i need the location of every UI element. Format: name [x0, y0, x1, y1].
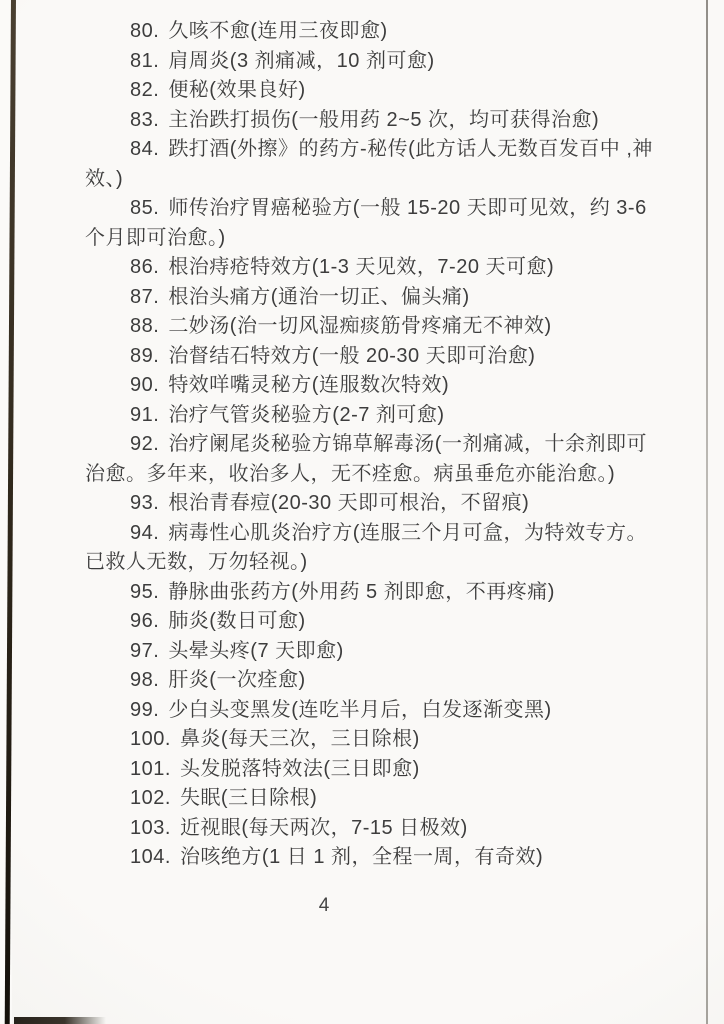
item-number: 89. [130, 345, 159, 367]
list-item: 94.病毒性心肌炎治疗方(连服三个月可盒，为特效专方。已救人无数，万勿轻视。) [85, 519, 660, 578]
list-item: 99.少白头变黑发(连吃半月后，白发逐渐变黑) [85, 696, 660, 726]
list-item: 96.肺炎(数日可愈) [85, 607, 660, 637]
item-text: 少白头变黑发(连吃半月后，白发逐渐变黑) [168, 699, 551, 721]
item-number: 81. [130, 50, 159, 72]
item-number: 86. [130, 256, 159, 278]
list-item: 102.失眠(三日除根) [85, 784, 660, 814]
list-item: 104.治咳绝方(1 日 1 剂，全程一周，有奇效) [85, 843, 660, 873]
list-item: 95.静脉曲张药方(外用药 5 剂即愈，不再疼痛) [85, 578, 660, 608]
item-text: 肝炎(一次痊愈) [168, 669, 305, 691]
list-item: 101.头发脱落特效法(三日即愈) [85, 755, 660, 785]
item-text: 治疗气管炎秘验方(2-7 剂可愈) [168, 404, 444, 426]
list-item: 87.根治头痛方(通治一切正、偏头痛) [85, 283, 660, 313]
list-item: 98.肝炎(一次痊愈) [85, 666, 660, 696]
item-number: 97. [130, 640, 159, 662]
scanned-page: 80.久咳不愈(连用三夜即愈) 81.肩周炎(3 剂痛减，10 剂可愈) 82.… [0, 0, 724, 1024]
scan-right-edge [706, 0, 708, 1024]
item-text: 根治头痛方(通治一切正、偏头痛) [168, 286, 469, 308]
item-text: 头发脱落特效法(三日即愈) [180, 758, 420, 780]
item-text: 治督结石特效方(一般 20-30 天即可治愈) [168, 345, 535, 367]
item-number: 80. [130, 20, 159, 42]
item-text: 根治痔疮特效方(1-3 天见效，7-20 天可愈) [168, 256, 554, 278]
item-text: 特效咩嘴灵秘方(连服数次特效) [168, 374, 449, 396]
list-item: 100.鼻炎(每天三次，三日除根) [85, 725, 660, 755]
page-number: 4 [0, 895, 648, 917]
list-item: 81.肩周炎(3 剂痛减，10 剂可愈) [85, 47, 660, 77]
item-text: 根治青春痘(20-30 天即可根治，不留痕) [168, 492, 529, 514]
list-item: 82.便秘(效果良好) [85, 76, 660, 106]
item-number: 99. [130, 699, 159, 721]
item-number: 94. [130, 522, 159, 544]
list-item: 93.根治青春痘(20-30 天即可根治，不留痕) [85, 489, 660, 519]
page-bottom-edge [14, 1017, 106, 1024]
item-number: 95. [130, 581, 159, 603]
list-item: 90.特效咩嘴灵秘方(连服数次特效) [85, 371, 660, 401]
list-item: 85.师传治疗胃癌秘验方(一般 15-20 天即可见效，约 3-6 个月即可治愈… [85, 194, 660, 253]
item-number: 83. [130, 109, 159, 131]
item-number: 101. [130, 758, 171, 780]
item-number: 88. [130, 315, 159, 337]
list-item: 103.近视眼(每天两次，7-15 日极效) [85, 814, 660, 844]
item-number: 87. [130, 286, 159, 308]
item-text: 师传治疗胃癌秘验方(一般 15-20 天即可见效，约 3-6 个月即可治愈。) [85, 197, 647, 249]
list-item: 89.治督结石特效方(一般 20-30 天即可治愈) [85, 342, 660, 372]
list-item: 80.久咳不愈(连用三夜即愈) [85, 17, 660, 47]
item-number: 102. [130, 787, 171, 809]
item-number: 82. [130, 79, 159, 101]
item-number: 100. [130, 728, 171, 750]
list-item: 92.治疗阑尾炎秘验方锦草解毒汤(一剂痛减，十余剂即可治愈。多年来，收治多人，无… [85, 430, 660, 489]
list-item: 83.主治跌打损伤(一般用药 2~5 次，均可获得治愈) [85, 106, 660, 136]
remedy-list: 80.久咳不愈(连用三夜即愈) 81.肩周炎(3 剂痛减，10 剂可愈) 82.… [85, 17, 660, 873]
item-text: 肩周炎(3 剂痛减，10 剂可愈) [168, 50, 434, 72]
item-number: 96. [130, 610, 159, 632]
item-text: 静脉曲张药方(外用药 5 剂即愈，不再疼痛) [168, 581, 555, 603]
item-text: 失眠(三日除根) [180, 787, 317, 809]
item-text: 便秘(效果良好) [168, 79, 305, 101]
item-text: 肺炎(数日可愈) [168, 610, 305, 632]
item-text: 近视眼(每天两次，7-15 日极效) [180, 817, 468, 839]
list-item: 84.跌打酒(外擦》的药方-秘传(此方话人无数百发百中 ,神效、) [85, 135, 660, 194]
item-number: 98. [130, 669, 159, 691]
item-number: 103. [130, 817, 171, 839]
list-item: 91.治疗气管炎秘验方(2-7 剂可愈) [85, 401, 660, 431]
item-text: 跌打酒(外擦》的药方-秘传(此方话人无数百发百中 ,神效、) [85, 138, 653, 190]
item-text: 治疗阑尾炎秘验方锦草解毒汤(一剂痛减，十余剂即可治愈。多年来，收治多人，无不痊愈… [85, 433, 647, 485]
item-text: 久咳不愈(连用三夜即愈) [168, 20, 387, 42]
item-number: 85. [130, 197, 159, 219]
item-text: 二妙汤(治一切风湿痴痰筋骨疼痛无不神效) [168, 315, 551, 337]
item-number: 91. [130, 404, 159, 426]
item-text: 头晕头疼(7 天即愈) [168, 640, 344, 662]
item-text: 鼻炎(每天三次，三日除根) [180, 728, 420, 750]
item-text: 治咳绝方(1 日 1 剂，全程一周，有奇效) [180, 846, 543, 868]
item-number: 92. [130, 433, 159, 455]
item-number: 90. [130, 374, 159, 396]
item-text: 主治跌打损伤(一般用药 2~5 次，均可获得治愈) [168, 109, 599, 131]
item-number: 84. [130, 138, 159, 160]
item-text: 病毒性心肌炎治疗方(连服三个月可盒，为特效专方。已救人无数，万勿轻视。) [85, 522, 647, 574]
list-item: 86.根治痔疮特效方(1-3 天见效，7-20 天可愈) [85, 253, 660, 283]
item-number: 93. [130, 492, 159, 514]
list-item: 88.二妙汤(治一切风湿痴痰筋骨疼痛无不神效) [85, 312, 660, 342]
list-item: 97.头晕头疼(7 天即愈) [85, 637, 660, 667]
item-number: 104. [130, 846, 171, 868]
